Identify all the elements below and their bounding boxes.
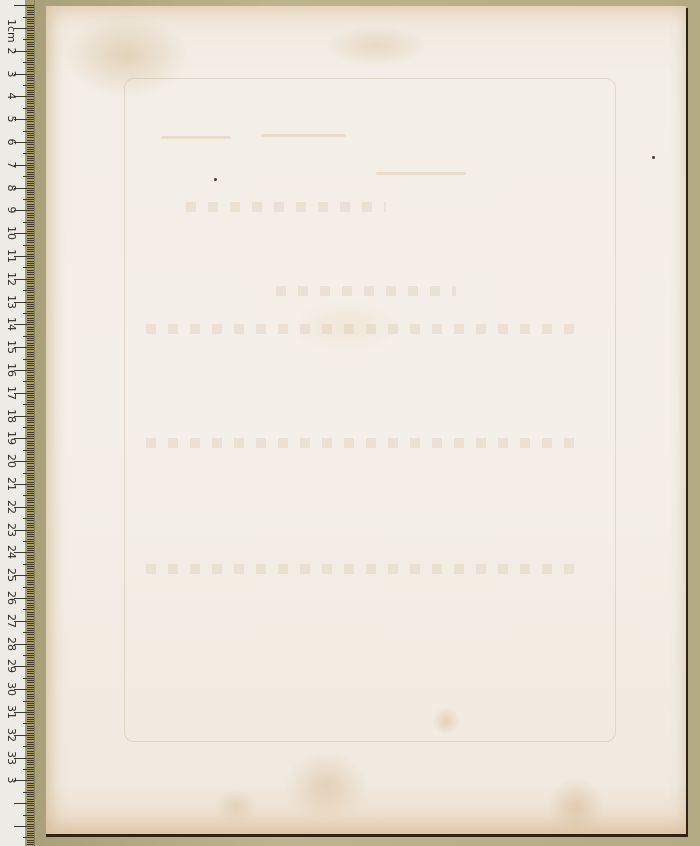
ruler-tick: [27, 783, 34, 784]
ruler-tick: [27, 742, 34, 743]
centimeter-ruler: 1cm2345678910111213141516171819202122232…: [0, 0, 35, 846]
ruler-tick: [27, 550, 34, 551]
ruler-tick: [27, 828, 34, 829]
ruler-tick: [23, 427, 34, 428]
ruler-tick: [27, 600, 34, 601]
ruler-tick: [23, 359, 34, 360]
ruler-tick: [27, 384, 34, 385]
ruler-tick: [23, 815, 34, 816]
ruler-tick: [27, 292, 34, 293]
ruler-tick: [27, 562, 34, 563]
ruler-tick: [27, 680, 34, 681]
ruler-tick: [27, 432, 34, 433]
ruler-tick: [27, 730, 34, 731]
ruler-tick: [27, 612, 34, 613]
ruler-label: 10: [5, 224, 17, 242]
ruler-tick: [27, 277, 34, 278]
ruler-tick: [27, 794, 34, 795]
ruler-tick: [27, 103, 34, 104]
ruler-tick: [27, 605, 34, 606]
ruler-tick: [27, 158, 34, 159]
ruler-label: 7: [5, 156, 17, 174]
show-through-line: [161, 136, 231, 139]
ruler-tick: [27, 286, 34, 287]
ruler-tick: [27, 60, 34, 61]
ruler-tick: [27, 117, 34, 118]
ruler-tick: [27, 420, 34, 421]
ruler-tick: [27, 395, 34, 396]
ruler-tick: [27, 835, 34, 836]
ruler-tick: [23, 701, 34, 702]
ruler-tick: [23, 769, 34, 770]
ruler-tick: [27, 762, 34, 763]
ruler-tick: [27, 573, 34, 574]
ruler-tick: [27, 801, 34, 802]
ruler-tick: [27, 819, 34, 820]
show-through-text: [146, 564, 586, 574]
ruler-tick: [27, 201, 34, 202]
ruler-tick: [23, 587, 34, 588]
ruler-tick: [27, 799, 34, 800]
ruler-tick: [27, 151, 34, 152]
ruler-tick: [27, 126, 34, 127]
ruler-tick: [27, 466, 34, 467]
ruler-tick: [23, 473, 34, 474]
ruler-tick: [27, 224, 34, 225]
ruler-tick: [27, 637, 34, 638]
ruler-tick: [27, 434, 34, 435]
ruler-tick: [27, 840, 34, 841]
ruler-tick: [27, 263, 34, 264]
ruler-tick: [27, 491, 34, 492]
ruler-tick: [27, 543, 34, 544]
ruler-tick: [27, 304, 34, 305]
ruler-tick: [27, 641, 34, 642]
ruler-tick: [27, 229, 34, 230]
ruler-tick: [27, 69, 34, 70]
ruler-tick: [27, 523, 34, 524]
ruler-tick: [27, 190, 34, 191]
ruler-tick: [27, 669, 34, 670]
ruler-tick: [27, 821, 34, 822]
ruler-tick: [27, 322, 34, 323]
ruler-label: 1cm: [5, 19, 17, 37]
ruler-tick: [27, 527, 34, 528]
ruler-label: 16: [5, 361, 17, 379]
ruler-tick: [27, 691, 34, 692]
ruler-tick: [27, 648, 34, 649]
ruler-tick: [27, 160, 34, 161]
ruler-tick: [27, 514, 34, 515]
ruler-tick: [27, 46, 34, 47]
ruler-tick: [27, 532, 34, 533]
ruler-tick: [27, 482, 34, 483]
ruler-tick: [27, 776, 34, 777]
ruler-tick: [27, 589, 34, 590]
ruler-tick: [27, 391, 34, 392]
ruler-tick: [27, 49, 34, 50]
ruler-label: 15: [5, 338, 17, 356]
ruler-tick: [27, 220, 34, 221]
ruler-tick: [27, 422, 34, 423]
ruler-tick: [27, 808, 34, 809]
ruler-tick: [27, 274, 34, 275]
speck: [214, 178, 217, 181]
show-through-line: [261, 134, 346, 137]
ruler-tick: [27, 650, 34, 651]
ruler-tick: [27, 215, 34, 216]
ruler-tick: [27, 270, 34, 271]
speck: [652, 156, 655, 159]
ruler-tick: [27, 124, 34, 125]
ruler-tick: [27, 479, 34, 480]
ruler-tick: [27, 436, 34, 437]
ruler-tick: [27, 352, 34, 353]
ruler-tick: [23, 85, 34, 86]
ruler-tick: [27, 548, 34, 549]
ruler-tick: [27, 760, 34, 761]
ruler-tick: [27, 591, 34, 592]
ruler-tick: [27, 99, 34, 100]
ruler-tick: [27, 593, 34, 594]
ruler-tick: [23, 655, 34, 656]
ruler-tick: [27, 546, 34, 547]
ruler-tick: [27, 559, 34, 560]
ruler-tick: [27, 80, 34, 81]
ruler-tick: [27, 208, 34, 209]
ruler-tick: [27, 764, 34, 765]
ruler-tick: [27, 35, 34, 36]
ruler-tick: [23, 153, 34, 154]
ruler-tick: [27, 90, 34, 91]
ruler-tick: [27, 694, 34, 695]
ruler-tick: [27, 251, 34, 252]
ruler-tick: [27, 470, 34, 471]
ruler-label: 31: [5, 703, 17, 721]
ruler-tick: [27, 687, 34, 688]
ruler-tick: [23, 723, 34, 724]
ruler-tick: [27, 71, 34, 72]
ruler-tick: [27, 406, 34, 407]
ruler-tick: [27, 185, 34, 186]
ruler-tick: [27, 128, 34, 129]
ruler-tick: [27, 468, 34, 469]
ruler-tick: [27, 445, 34, 446]
ruler-tick: [27, 397, 34, 398]
ruler-tick: [27, 429, 34, 430]
ruler-label: 12: [5, 270, 17, 288]
ruler-tick: [27, 386, 34, 387]
ruler-tick: [27, 306, 34, 307]
ruler-tick: [23, 450, 34, 451]
ruler-tick: [27, 231, 34, 232]
ruler-tick: [27, 733, 34, 734]
ruler-tick: [27, 682, 34, 683]
ruler-tick: [23, 792, 34, 793]
ruler-tick: [27, 12, 34, 13]
ruler-tick: [27, 258, 34, 259]
ruler-tick: [27, 135, 34, 136]
ruler-tick: [27, 785, 34, 786]
ruler-tick: [27, 183, 34, 184]
ruler-tick: [23, 381, 34, 382]
ruler-tick: [23, 290, 34, 291]
ruler-tick: [27, 728, 34, 729]
ruler-tick: [27, 44, 34, 45]
ruler-tick: [27, 796, 34, 797]
ruler-tick: [27, 331, 34, 332]
ruler-tick: [23, 222, 34, 223]
ruler-tick: [27, 235, 34, 236]
ruler-tick: [27, 288, 34, 289]
ruler-tick: [27, 628, 34, 629]
ruler-tick: [27, 448, 34, 449]
ruler-label: 28: [5, 635, 17, 653]
ruler-tick: [27, 194, 34, 195]
ruler-tick: [27, 676, 34, 677]
ruler-tick: [27, 308, 34, 309]
ruler-tick: [27, 388, 34, 389]
ruler-tick: [23, 39, 34, 40]
ruler-tick: [27, 619, 34, 620]
ruler-tick: [27, 577, 34, 578]
ruler-tick: [27, 76, 34, 77]
ruler-tick: [27, 281, 34, 282]
ruler-tick: [27, 375, 34, 376]
ruler-tick: [27, 411, 34, 412]
ruler-tick: [27, 771, 34, 772]
ruler-tick: [27, 372, 34, 373]
ruler-tick: [27, 459, 34, 460]
ruler-tick: [27, 106, 34, 107]
ruler-tick: [27, 272, 34, 273]
ruler-tick: [27, 584, 34, 585]
ruler-tick: [27, 249, 34, 250]
ruler-tick: [27, 842, 34, 843]
ruler-tick: [27, 425, 34, 426]
ruler-tick: [14, 5, 34, 6]
ruler-tick: [27, 607, 34, 608]
ruler-tick: [27, 557, 34, 558]
ruler-tick: [23, 404, 34, 405]
ruler-tick: [27, 133, 34, 134]
ruler-tick: [27, 58, 34, 59]
ruler-tick: [27, 623, 34, 624]
ruler-tick: [27, 121, 34, 122]
ruler-label: 20: [5, 452, 17, 470]
ruler-label: 9: [5, 201, 17, 219]
ruler-tick: [27, 634, 34, 635]
ruler-tick: [27, 112, 34, 113]
ruler-tick: [27, 265, 34, 266]
ruler-tick: [27, 67, 34, 68]
ruler-tick: [27, 297, 34, 298]
ruler-tick: [27, 566, 34, 567]
ruler-tick: [27, 787, 34, 788]
ruler-label: 2: [5, 42, 17, 60]
ruler-tick: [27, 53, 34, 54]
ruler-label: 3: [5, 771, 17, 789]
ruler-tick: [27, 671, 34, 672]
ruler-tick: [27, 174, 34, 175]
ruler-tick: [27, 338, 34, 339]
ruler-tick: [23, 17, 34, 18]
ruler-label: 26: [5, 589, 17, 607]
ruler-tick: [27, 844, 34, 845]
ruler-tick: [27, 831, 34, 832]
ruler-tick: [27, 475, 34, 476]
ruler-tick: [27, 217, 34, 218]
ruler-tick: [27, 509, 34, 510]
ruler-tick: [23, 267, 34, 268]
ruler-tick: [27, 774, 34, 775]
ruler-tick: [27, 477, 34, 478]
ruler-tick: [27, 726, 34, 727]
ruler-tick: [27, 744, 34, 745]
ruler-label: 22: [5, 498, 17, 516]
ruler-tick: [23, 541, 34, 542]
ruler-tick: [23, 336, 34, 337]
ruler-tick: [27, 167, 34, 168]
ruler-tick: [27, 213, 34, 214]
ruler-tick: [27, 379, 34, 380]
ruler-tick: [27, 10, 34, 11]
ruler-tick: [27, 83, 34, 84]
ruler-tick: [27, 603, 34, 604]
ruler-tick: [27, 500, 34, 501]
ruler-tick: [23, 518, 34, 519]
ruler-tick: [27, 92, 34, 93]
ruler-tick: [27, 596, 34, 597]
ruler-tick: [27, 144, 34, 145]
ruler-tick: [27, 489, 34, 490]
ruler-tick: [27, 582, 34, 583]
ruler-label: 5: [5, 110, 17, 128]
ruler-tick: [23, 176, 34, 177]
ruler-tick: [27, 454, 34, 455]
ruler-tick: [27, 696, 34, 697]
ruler-tick: [27, 345, 34, 346]
ruler-tick: [27, 486, 34, 487]
ruler-tick: [27, 721, 34, 722]
ruler-tick: [27, 226, 34, 227]
ruler-tick: [27, 710, 34, 711]
ruler-tick: [27, 365, 34, 366]
ruler-tick: [27, 767, 34, 768]
ruler-tick: [27, 343, 34, 344]
ruler-tick: [27, 192, 34, 193]
ruler-tick: [27, 240, 34, 241]
ruler-tick: [27, 55, 34, 56]
ruler-tick: [27, 790, 34, 791]
ruler-tick: [27, 673, 34, 674]
ruler-tick: [27, 318, 34, 319]
ruler-tick: [27, 452, 34, 453]
ruler-tick: [27, 502, 34, 503]
ruler-tick: [27, 21, 34, 22]
ruler-tick: [27, 571, 34, 572]
ruler-tick: [27, 409, 34, 410]
ruler-tick: [27, 660, 34, 661]
show-through-text: [186, 202, 386, 212]
ruler-tick: [27, 14, 34, 15]
ruler-tick: [23, 564, 34, 565]
ruler-tick: [27, 664, 34, 665]
ruler-label: 4: [5, 87, 17, 105]
ruler-tick: [27, 137, 34, 138]
ruler-tick: [27, 147, 34, 148]
ruler-label: 32: [5, 726, 17, 744]
ruler-tick: [27, 685, 34, 686]
ruler-label: 6: [5, 133, 17, 151]
ruler-tick: [27, 751, 34, 752]
ruler-tick: [27, 368, 34, 369]
ruler-tick: [27, 614, 34, 615]
ruler-tick: [27, 630, 34, 631]
ruler-tick: [27, 568, 34, 569]
ruler-tick: [27, 441, 34, 442]
ruler-label: 13: [5, 293, 17, 311]
ruler-label: 29: [5, 657, 17, 675]
ruler-tick: [27, 463, 34, 464]
ruler-tick: [27, 19, 34, 20]
ruler-tick: [27, 64, 34, 65]
ruler-tick: [27, 283, 34, 284]
ruler-tick: [27, 238, 34, 239]
ruler-tick: [27, 334, 34, 335]
ruler-tick: [27, 327, 34, 328]
ruler-tick: [27, 646, 34, 647]
ruler-tick: [27, 247, 34, 248]
ruler-tick: [27, 520, 34, 521]
ruler-tick: [27, 261, 34, 262]
show-through-text: [276, 286, 456, 296]
ruler-tick: [27, 349, 34, 350]
ruler-tick: [27, 169, 34, 170]
ruler-tick: [27, 505, 34, 506]
ruler-tick: [27, 320, 34, 321]
ruler-tick: [27, 516, 34, 517]
ruler-tick: [27, 23, 34, 24]
ruler-tick: [27, 94, 34, 95]
ruler-tick: [27, 536, 34, 537]
ruler-tick: [27, 30, 34, 31]
ruler-tick: [27, 413, 34, 414]
ruler-label: 3: [5, 65, 17, 83]
ruler-tick: [27, 87, 34, 88]
ruler-tick: [23, 131, 34, 132]
ruler-tick: [27, 443, 34, 444]
ruler-tick: [27, 242, 34, 243]
ruler-tick: [23, 632, 34, 633]
ruler-tick: [27, 354, 34, 355]
ruler-tick: [27, 78, 34, 79]
ruler-tick: [27, 580, 34, 581]
ruler-tick: [27, 315, 34, 316]
ruler-tick: [27, 833, 34, 834]
ruler-tick: [27, 110, 34, 111]
ruler-tick: [27, 534, 34, 535]
ruler-tick: [27, 457, 34, 458]
ruler-tick: [27, 525, 34, 526]
ruler-tick: [27, 805, 34, 806]
ruler-tick: [27, 363, 34, 364]
ruler-tick: [27, 299, 34, 300]
ruler-tick: [27, 511, 34, 512]
ruler-tick: [27, 662, 34, 663]
ruler-tick: [27, 703, 34, 704]
ruler-tick: [27, 33, 34, 34]
